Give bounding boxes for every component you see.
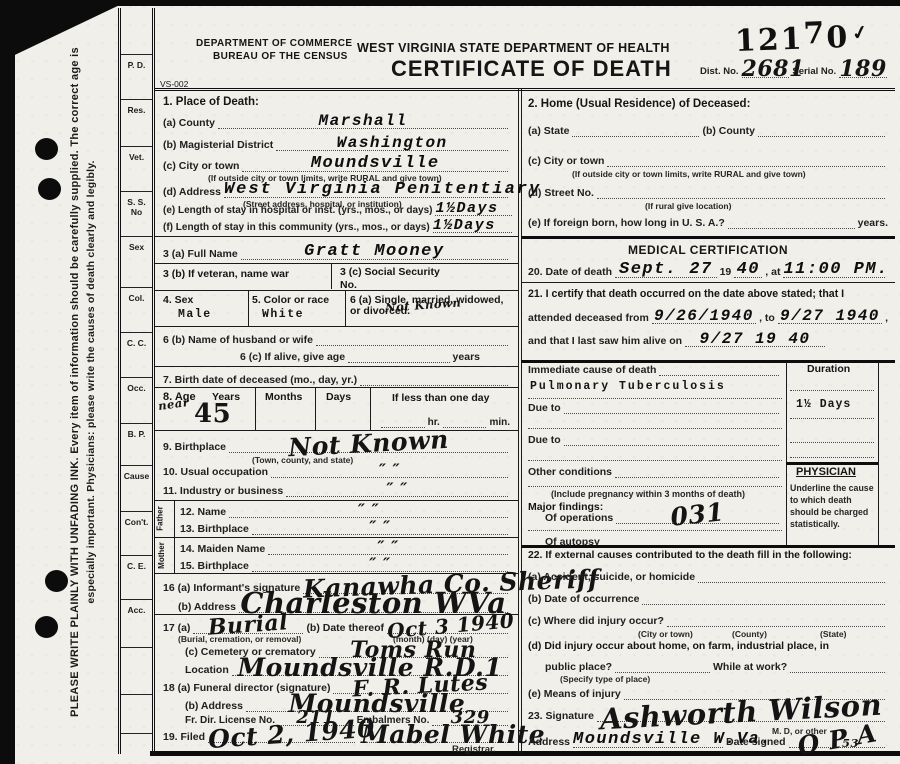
birth-date-label: 7. Birth date of deceased (mo., day, yr.… xyxy=(163,374,357,386)
injury-at-work-label: While at work? xyxy=(713,661,787,673)
rule xyxy=(155,326,518,327)
immediate-cause-row: Immediate cause of death xyxy=(528,362,782,376)
scan-edge-top xyxy=(0,0,900,6)
medical-certification-title: MEDICAL CERTIFICATION xyxy=(628,243,788,257)
rule xyxy=(155,236,518,237)
stamp-digit-raised: 7 xyxy=(803,16,827,52)
check-mark: ✓ xyxy=(850,21,870,47)
residence-city-line xyxy=(607,164,885,167)
injury-place-row: public place? While at work? xyxy=(545,657,888,673)
rule xyxy=(155,263,518,264)
district-number-value: 2681 xyxy=(742,58,790,80)
occupation-row: 10. Usual occupation ″ ″ xyxy=(163,462,511,478)
county-label: (a) County xyxy=(163,117,215,129)
filed-row: 19. Filed Oct 2, 1940 Mabel White xyxy=(163,724,511,743)
physician-address-line: Moundsville W.Va. xyxy=(573,745,723,748)
index-cell: Con't. xyxy=(121,512,152,556)
injury-public-place-line xyxy=(615,670,710,673)
physician-address-label: Address xyxy=(528,736,570,748)
if-alive-age-row: 6 (c) If alive, give age years xyxy=(240,347,480,363)
index-cell: S. S. No xyxy=(121,192,152,237)
full-name-label: 3 (a) Full Name xyxy=(163,248,238,260)
husband-wife-row: 6 (b) Name of husband or wife xyxy=(163,330,511,346)
mother-maiden-ditto: ″ ″ xyxy=(268,539,508,555)
physician-address-row: Address Moundsville W.Va. Date signed O … xyxy=(528,730,888,748)
agency-line-2: BUREAU OF THE CENSUS xyxy=(213,51,348,62)
rule xyxy=(528,486,782,487)
index-cell: P. D. xyxy=(121,55,152,100)
full-name-row: 3 (a) Full Name Gratt Mooney xyxy=(163,240,511,260)
birth-date-row: 7. Birth date of deceased (mo., day, yr.… xyxy=(163,370,511,386)
physician-address-value: Moundsville W.Va. xyxy=(573,731,723,748)
county-line: Marshall xyxy=(218,126,508,129)
hospital-stay-label: (e) Length of stay in hospital or inst. … xyxy=(163,205,432,217)
due-to-1-row: Due to xyxy=(528,400,782,414)
certificate-title: CERTIFICATE OF DEATH xyxy=(391,56,672,82)
disposition-label: 17 (a) xyxy=(163,622,190,634)
index-cell: Cause xyxy=(121,466,152,512)
color-race-label: 5. Color or race xyxy=(252,294,329,306)
margin-instructions-line2: especially important. Physicians: please… xyxy=(85,0,97,764)
residence-county-line xyxy=(758,134,885,137)
operations-row: Of operations 031 xyxy=(545,509,782,524)
district-serial-row: Dist. No. 2681 Serial No. 189 xyxy=(700,52,890,78)
age-value-number: 45 xyxy=(194,399,231,429)
residence-city-label: (c) City or town xyxy=(528,155,604,167)
immediate-cause-line xyxy=(659,373,779,376)
rule xyxy=(155,537,518,538)
birthplace-row: 9. Birthplace Not Known xyxy=(163,434,511,453)
index-cell-empty xyxy=(121,734,152,752)
rule xyxy=(790,442,874,443)
hospital-stay-row: (e) Length of stay in hospital or inst. … xyxy=(163,200,515,216)
informant-address-row: (b) Address Charleston WVa xyxy=(178,594,511,613)
index-cell: Col. xyxy=(121,288,152,333)
rule xyxy=(786,462,878,465)
residence-state-county-row: (a) State (b) County xyxy=(528,120,888,137)
if-alive-age-suffix: years xyxy=(453,351,480,363)
foreign-born-line xyxy=(728,226,855,229)
district-number-label: Dist. No. xyxy=(700,67,739,78)
mother-group-label: Mother xyxy=(157,542,166,569)
community-stay-row: (f) Length of stay in this community (yr… xyxy=(163,217,515,233)
punch-hole xyxy=(45,570,68,592)
date-of-death-19: 19 xyxy=(720,266,732,278)
industry-label: 11. Industry or business xyxy=(163,485,283,497)
residence-city-row: (c) City or town xyxy=(528,150,888,167)
sex-value: Male xyxy=(178,308,212,321)
residence-state-line xyxy=(572,134,699,137)
occupation-label: 10. Usual occupation xyxy=(163,466,268,478)
occurrence-date-line xyxy=(642,602,885,605)
other-conditions-line xyxy=(615,475,779,478)
hospital-stay-line: 1½Days xyxy=(435,213,512,216)
index-cell: C. E. xyxy=(121,556,152,600)
stamp-digits: 0 xyxy=(826,20,850,56)
rule xyxy=(878,362,879,545)
injury-place-line1: (d) Did injury occur about home, on farm… xyxy=(528,640,829,652)
occupation-line: ″ ″ xyxy=(271,475,508,478)
rule xyxy=(528,460,782,461)
date-signed-line: O P A xyxy=(789,745,885,748)
age-less-than-day-header: If less than one day xyxy=(392,392,489,404)
attended-to-line: 9/27 1940 xyxy=(778,321,882,324)
rule xyxy=(155,500,518,501)
occurrence-date-label: (b) Date of occurrence xyxy=(528,593,639,605)
age-days-header: Days xyxy=(326,391,351,403)
last-seen-alive-label: and that I last saw him alive on xyxy=(528,335,682,347)
index-cell-empty xyxy=(121,695,152,734)
index-cell: Sex xyxy=(121,237,152,288)
foreign-born-suffix: years. xyxy=(858,217,888,229)
residence-street-line xyxy=(597,196,885,199)
county-value: Marshall xyxy=(218,113,508,129)
if-alive-age-line xyxy=(348,360,450,363)
date-of-death-line: Sept. 27 xyxy=(615,275,717,278)
margin-note-rest: Every item of information should be care… xyxy=(69,47,81,454)
punch-hole xyxy=(35,616,58,638)
industry-row: 11. Industry or business ″ ″ xyxy=(163,481,511,497)
county-row: (a) County Marshall xyxy=(163,112,511,129)
birth-date-line xyxy=(360,383,508,386)
social-security-label: 3 (c) Social Security xyxy=(340,266,440,278)
color-race-value: White xyxy=(262,308,304,321)
injury-location-row: (c) Where did injury occur? xyxy=(528,611,888,627)
index-cell: Vet. xyxy=(121,147,152,192)
certify-to-label: , to xyxy=(759,312,775,324)
disposition-row: 17 (a) Burial (b) Date thereof Oct 3 194… xyxy=(163,616,511,634)
rule xyxy=(790,418,874,419)
header-rule xyxy=(155,88,895,91)
rule xyxy=(370,388,371,430)
last-seen-alive-value: 9/27 19 40 xyxy=(685,331,825,347)
rule xyxy=(790,390,874,391)
father-birthplace-label: 13. Birthplace xyxy=(180,523,249,535)
industry-line: ″ ″ xyxy=(286,494,508,497)
physician-signature-row: 23. Signature Ashworth Wilson xyxy=(528,700,888,722)
operations-label: Of operations xyxy=(545,512,613,524)
city-line: Moundsville xyxy=(242,169,508,172)
foreign-born-row: (e) If foreign born, how long in U. S. A… xyxy=(528,212,888,229)
magisterial-district-row: (b) Magisterial District Washington xyxy=(163,134,511,151)
injury-location-label: (c) Where did injury occur? xyxy=(528,615,664,627)
operations-line: 031 xyxy=(616,521,779,524)
attended-to-value: 9/27 1940 xyxy=(778,308,882,324)
external-causes-intro: 22. If external causes contributed to th… xyxy=(528,550,852,561)
rule xyxy=(521,282,895,283)
physician-signature-label: 23. Signature xyxy=(528,710,594,722)
due-to-2-line xyxy=(564,443,779,446)
rule xyxy=(786,362,787,545)
address-value: West Virginia Penitentiary xyxy=(224,181,508,198)
city-value: Moundsville xyxy=(242,155,508,172)
rule xyxy=(155,290,518,291)
foreign-born-label: (e) If foreign born, how long in U. S. A… xyxy=(528,217,725,229)
date-of-death-at: , at xyxy=(765,266,780,278)
city-label: (c) City or town xyxy=(163,160,239,172)
death-certificate-scan: PLEASE WRITE PLAINLY WITH UNFADING INK. … xyxy=(0,0,900,764)
mother-maiden-name-row: 14. Maiden Name ″ ″ xyxy=(180,539,511,555)
agency-line-1: DEPARTMENT OF COMMERCE xyxy=(196,38,352,49)
section1-title: 1. Place of Death: xyxy=(163,96,259,108)
residence-state-label: (a) State xyxy=(528,125,569,137)
last-seen-alive-row: and that I last saw him alive on 9/27 19… xyxy=(528,328,828,347)
certify-line-1: 21. I certify that death occurred on the… xyxy=(528,288,844,300)
birthplace-line: Not Known xyxy=(229,450,508,453)
date-of-death-time-line: 11:00 PM. xyxy=(783,275,885,278)
physician-signature-line: Ashworth Wilson xyxy=(597,719,885,722)
veteran-war-label: 3 (b) If veteran, name war xyxy=(163,268,289,280)
full-name-value: Gratt Mooney xyxy=(241,243,508,260)
index-label-column: P. D. Res. Vet. S. S. No Sex Col. C. C. … xyxy=(118,8,155,754)
certify-comma: , xyxy=(885,312,888,324)
residence-street-row: (d) Street No. xyxy=(528,182,888,199)
full-name-line: Gratt Mooney xyxy=(241,257,508,260)
index-cell-empty xyxy=(121,8,152,55)
immediate-cause-value: Pulmonary Tuberculosis xyxy=(530,380,726,393)
due-to-2-row: Due to xyxy=(528,432,782,446)
mother-birthplace-label: 15. Birthplace xyxy=(180,560,249,572)
physician-title: PHYSICIAN xyxy=(796,466,856,478)
date-of-death-value: Sept. 27 xyxy=(615,261,717,278)
rule xyxy=(528,530,782,531)
due-to-1-line xyxy=(564,411,779,414)
father-birthplace-row: 13. Birthplace ″ ″ xyxy=(180,520,511,535)
duration-title: Duration xyxy=(807,363,850,375)
residence-county-label: (b) County xyxy=(702,125,755,137)
husband-wife-label: 6 (b) Name of husband or wife xyxy=(163,334,313,346)
rule xyxy=(790,457,874,458)
husband-wife-line xyxy=(316,343,508,346)
margin-instructions-line1: PLEASE WRITE PLAINLY WITH UNFADING INK. … xyxy=(69,0,81,764)
date-of-death-time: 11:00 PM. xyxy=(783,261,885,278)
scan-edge-bottom xyxy=(150,751,900,756)
informant-address-label: (b) Address xyxy=(178,601,236,613)
index-cell: Acc. xyxy=(121,600,152,648)
accident-suicide-row: (a) Accident, suicide, or homicide xyxy=(528,567,888,583)
margin-instructions: PLEASE WRITE PLAINLY WITH UNFADING INK. … xyxy=(69,0,113,764)
injury-location-line xyxy=(667,624,885,627)
residence-street-note: (If rural give location) xyxy=(645,201,731,211)
residence-street-label: (d) Street No. xyxy=(528,187,594,199)
accident-suicide-line xyxy=(698,580,885,583)
duration-value: 1½ Days xyxy=(796,398,851,411)
date-of-death-year-line: 40 xyxy=(734,275,762,278)
registrar-signature-line: Mabel White xyxy=(361,740,508,743)
injury-location-note-state: (State) xyxy=(820,629,846,639)
rule xyxy=(521,545,895,548)
district-number-line: 2681 xyxy=(742,75,790,78)
occupation-ditto: ″ ″ xyxy=(271,462,508,478)
injury-at-work-line xyxy=(790,670,885,673)
date-of-death-year: 40 xyxy=(734,261,762,278)
hospital-stay-value: 1½Days xyxy=(435,201,512,216)
city-row: (c) City or town Moundsville xyxy=(163,155,511,172)
certify-attended-row: attended deceased from 9/26/1940 , to 9/… xyxy=(528,305,888,324)
rule xyxy=(521,236,895,239)
rule xyxy=(248,291,249,326)
rule xyxy=(155,366,518,367)
filed-label: 19. Filed xyxy=(163,731,205,743)
serial-number-value: 189 xyxy=(839,58,887,80)
birthplace-label: 9. Birthplace xyxy=(163,441,226,453)
date-of-death-label: 20. Date of death xyxy=(528,266,612,278)
filed-date-line: Oct 2, 1940 xyxy=(208,740,355,743)
attended-from-value: 9/26/1940 xyxy=(652,308,756,324)
father-group-label: Father xyxy=(156,506,165,530)
rule xyxy=(528,398,782,399)
injury-public-place-label: public place? xyxy=(545,661,612,673)
index-cell-empty xyxy=(121,648,152,695)
community-stay-value: 1½Days xyxy=(433,218,512,233)
accident-suicide-label: (a) Accident, suicide, or homicide xyxy=(528,571,695,583)
punch-hole xyxy=(38,178,61,200)
address-row: (d) Address West Virginia Penitentiary xyxy=(163,181,511,198)
if-alive-age-label: 6 (c) If alive, give age xyxy=(240,351,345,363)
injury-location-note-city: (City or town) xyxy=(638,629,693,639)
due-to-1-label: Due to xyxy=(528,402,561,414)
rule xyxy=(255,388,256,430)
serial-number-line: 189 xyxy=(839,75,887,78)
disposition-date-label: (b) Date thereof xyxy=(306,622,384,634)
department-title: WEST VIRGINIA STATE DEPARTMENT OF HEALTH xyxy=(357,41,670,55)
rule xyxy=(155,387,518,388)
father-name-row: 12. Name ″ ″ xyxy=(180,502,511,518)
rule xyxy=(345,291,346,326)
index-cell: Res. xyxy=(121,100,152,147)
rule xyxy=(528,428,782,429)
other-conditions-row: Other conditions xyxy=(528,464,782,478)
immediate-cause-label: Immediate cause of death xyxy=(528,364,656,376)
industry-ditto: ″ ″ xyxy=(286,481,508,497)
index-cell: B. P. xyxy=(121,424,152,466)
occurrence-date-row: (b) Date of occurrence xyxy=(528,589,888,605)
rule xyxy=(331,264,332,289)
community-stay-label: (f) Length of stay in this community (yr… xyxy=(163,222,430,234)
address-line: West Virginia Penitentiary xyxy=(224,195,508,198)
margin-note-bold: PLEASE WRITE PLAINLY WITH UNFADING INK. xyxy=(69,457,81,717)
magisterial-district-line: Washington xyxy=(276,148,508,151)
other-conditions-label: Other conditions xyxy=(528,466,612,478)
mother-maiden-name-label: 14. Maiden Name xyxy=(180,543,265,555)
injury-location-note-county: (County) xyxy=(732,629,767,639)
date-signed-scribble-2: 53 xyxy=(842,736,859,750)
magisterial-district-label: (b) Magisterial District xyxy=(163,139,273,151)
due-to-2-label: Due to xyxy=(528,434,561,446)
index-cell: Occ. xyxy=(121,378,152,424)
magisterial-district-value: Washington xyxy=(276,135,508,151)
rule xyxy=(315,388,316,430)
date-of-death-row: 20. Date of death Sept. 27 19 40 , at 11… xyxy=(528,258,888,278)
section2-title: 2. Home (Usual Residence) of Deceased: xyxy=(528,98,750,110)
certify-attended-label: attended deceased from xyxy=(528,312,649,324)
registrar-label: Registrar. xyxy=(452,744,496,755)
father-name-label: 12. Name xyxy=(180,506,226,518)
punch-hole xyxy=(35,138,58,160)
age-months-header: Months xyxy=(265,391,302,403)
physician-note: Underline the cause to which death shoul… xyxy=(790,483,876,531)
residence-city-note: (If outside city or town limits, write R… xyxy=(572,169,806,179)
community-stay-line: 1½Days xyxy=(433,230,512,233)
scan-edge-left xyxy=(0,0,15,764)
age-value-word: near xyxy=(157,395,190,413)
attended-from-line: 9/26/1940 xyxy=(652,321,756,324)
index-cell: C. C. xyxy=(121,333,152,378)
address-label: (d) Address xyxy=(163,186,221,198)
means-of-injury-label: (e) Means of injury xyxy=(528,688,621,700)
cemetery-location-label: Location xyxy=(185,664,229,676)
last-seen-alive-line: 9/27 19 40 xyxy=(685,344,825,347)
father-birthplace-line: ″ ″ xyxy=(252,532,508,535)
father-birthplace-ditto: ″ ″ xyxy=(252,519,508,535)
father-name-ditto: ″ ″ xyxy=(229,502,508,518)
injury-place-note: (Specify type of place) xyxy=(560,674,650,684)
sex-label: 4. Sex xyxy=(163,294,193,306)
